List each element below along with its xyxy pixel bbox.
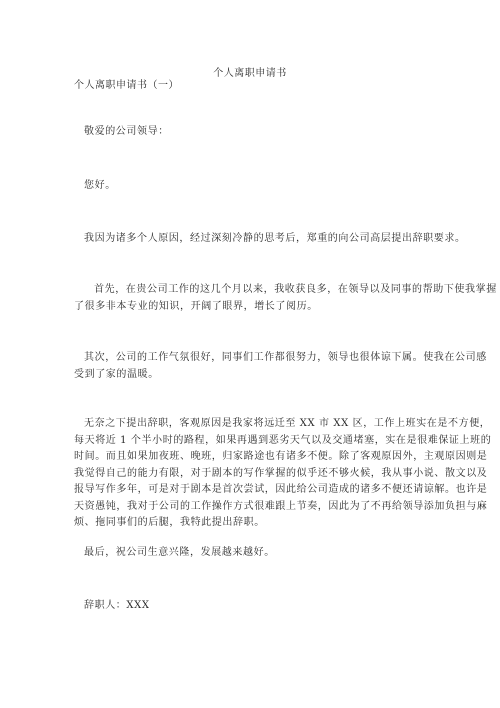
paragraph-third: 无奈之下提出辞职，客观原因是我家将远迁至 XX 市 XX 区，工作上班实在是不方… <box>74 416 424 532</box>
paragraph-line: 报导写作多年，可是对于剧本是首次尝试，因此给公司造成的诸多不便还请谅解。也许是 <box>74 482 424 499</box>
paragraph-line: 我因为诸多个人原因，经过深刻冷静的思考后，郑重的向公司高层提出辞职要求。 <box>74 231 424 248</box>
salutation: 敬爱的公司领导： <box>74 124 424 141</box>
paragraph-line: 我觉得自己的能力有限，对于剧本的写作掌握的似乎还不够火候，我从事小说、散文以及 <box>74 466 424 483</box>
paragraph-line: 最后，祝公司生意兴隆，发展越来越好。 <box>74 545 424 562</box>
paragraph-line: 每天将近 1 个半小时的路程，如果再遇到恶劣天气以及交通堵塞，实在是很难保证上班… <box>74 433 424 450</box>
paragraph-first: 首先，在贵公司工作的这几个月以来，我收获良多，在领导以及同事的帮助下使我掌握 了… <box>74 282 424 315</box>
paragraph-closing: 最后，祝公司生意兴隆，发展越来越好。 <box>74 545 424 562</box>
paragraph-line: 无奈之下提出辞职，客观原因是我家将远迁至 XX 市 XX 区，工作上班实在是不方… <box>74 416 424 433</box>
paragraph-line: 天资愚钝，我对于公司的工作操作方式很难跟上节奏，因此为了不再给领导添加负担与麻 <box>74 499 424 516</box>
document-subtitle: 个人离职申请书（一） <box>74 76 179 91</box>
paragraph-line: 了很多非本专业的知识，开阔了眼界，增长了阅历。 <box>74 299 424 316</box>
paragraph-line: 其次，公司的工作气氛很好，同事们工作都很努力，领导也很体谅下属。使我在公司感 <box>74 350 424 367</box>
signature: 辞职人：XXX <box>74 598 424 615</box>
paragraph-line: 烦、拖同事们的后腿，我特此提出辞职。 <box>74 515 424 532</box>
paragraph-line: 时间。而且如果加夜班、晚班，归家路途也有诸多不便。除了客观原因外，主观原因则是 <box>74 449 424 466</box>
paragraph-reason: 我因为诸多个人原因，经过深刻冷静的思考后，郑重的向公司高层提出辞职要求。 <box>74 231 424 248</box>
document-page: 个人离职申请书 个人离职申请书（一） 敬爱的公司领导： 您好。 我因为诸多个人原… <box>0 0 500 708</box>
paragraph-line: 受到了家的温暖。 <box>74 367 424 384</box>
greeting: 您好。 <box>74 178 424 195</box>
paragraph-line: 首先，在贵公司工作的这几个月以来，我收获良多，在领导以及同事的帮助下使我掌握 <box>74 282 424 299</box>
paragraph-second: 其次，公司的工作气氛很好，同事们工作都很努力，领导也很体谅下属。使我在公司感 受… <box>74 350 424 383</box>
